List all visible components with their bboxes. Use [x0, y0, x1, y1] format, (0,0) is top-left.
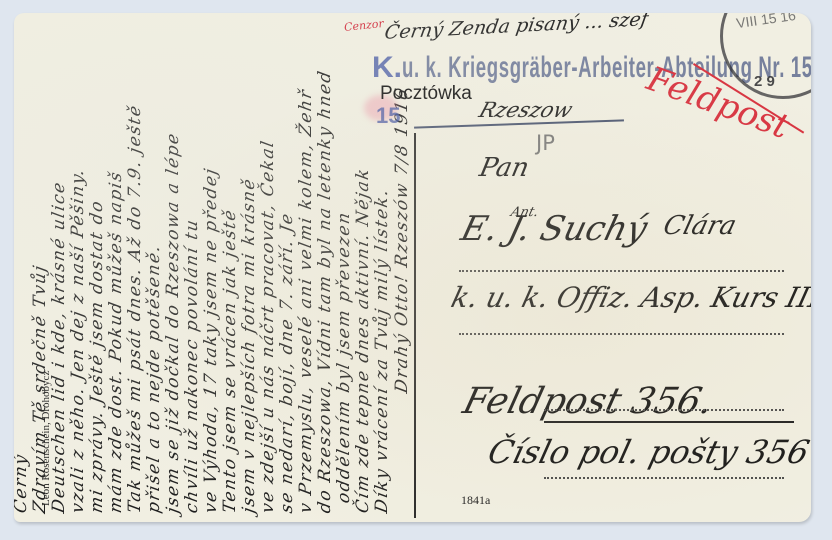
address-feldpost: Feldpost 356. [459, 381, 717, 422]
message-line: v Przemyslu, veselé ani velmi kolem, Žeh… [296, 87, 316, 515]
message-line: mi zprávy. Ještě jsem dostat do [87, 198, 107, 514]
salutation: Pan [477, 153, 532, 183]
message-line: Čím zde tepne dnes aktivní. Nějak [353, 166, 373, 515]
unit-stamp-number: 15 [376, 103, 400, 129]
unit-stamp-prefix: K. [372, 51, 402, 85]
card-divider [414, 133, 416, 518]
address-line-2 [459, 333, 784, 335]
publisher-imprint: Leon Rosenschein, Drohobycz [40, 371, 52, 506]
message-line: ve Výhoda, 17 taky jsem ne předej [201, 166, 221, 515]
message-line: jsem v nejlepších fotra mi krásně [239, 176, 259, 515]
address-field-post-number: Číslo pol. pošty 356 [484, 433, 811, 471]
message-line: Tento jsem se vrácen jak ještě [220, 207, 240, 515]
handwritten-message: Drahý Otto! Rzeszów 7/8 1916 Díky vrácen… [22, 13, 412, 513]
addressee-name-extra: Clára [660, 211, 739, 241]
message-signature: Černý [14, 452, 31, 515]
message-line: Deutschen lid i kde, krásné ulice [49, 179, 69, 514]
message-line: jsem se již dočkal do Rzeszowa a lépe [163, 131, 183, 515]
address-line-4 [544, 477, 784, 479]
address-underline [544, 421, 794, 423]
address-rank: k. u. k. Offiz. Asp. Kurs III. [448, 281, 811, 314]
message-line: se nedarí, bojí, dne 7. září. Je [277, 211, 297, 515]
pencil-mark: JP [536, 131, 555, 155]
address-line-3 [544, 409, 784, 411]
message-heading: Drahý Otto! Rzeszów 7/8 1916 [392, 86, 412, 395]
message-line: Díky vrácení za Tvůj milý lístek. [372, 187, 392, 515]
message-line: mám zde dost. Pokud můžeš napiš [106, 169, 126, 514]
message-line: chvíli už nakonec povolání tu [182, 217, 202, 515]
postcard: Drahý Otto! Rzeszów 7/8 1916 Díky vrácen… [14, 13, 811, 522]
message-line: přišel a to nejde potěšeně. [144, 243, 164, 515]
message-line: oddělením byl jsem převezen [334, 210, 354, 505]
message-line: Tak můžeš mi psát dnes. Až do 7.9. ještě [125, 103, 145, 515]
postmark-number: 2 9 [754, 73, 775, 90]
printed-title: Pocztówka [380, 83, 472, 105]
series-code: 1841a [461, 493, 490, 508]
origin-place: Rzeszow [476, 98, 576, 122]
addressee-name: E. J. Suchý [457, 209, 651, 249]
message-line: ve zdejší u nás náčrt pracovat, Čekal [258, 138, 278, 515]
address-line-1 [459, 270, 784, 272]
top-handwritten-note: Černý Zenda pisaný ... szef [383, 13, 650, 44]
message-line: do Rzeszowa, Vídni tam byl na letenky hn… [315, 68, 335, 514]
message-line: vzali z něho. Jen dej z naší Pěšiny. [68, 167, 88, 515]
